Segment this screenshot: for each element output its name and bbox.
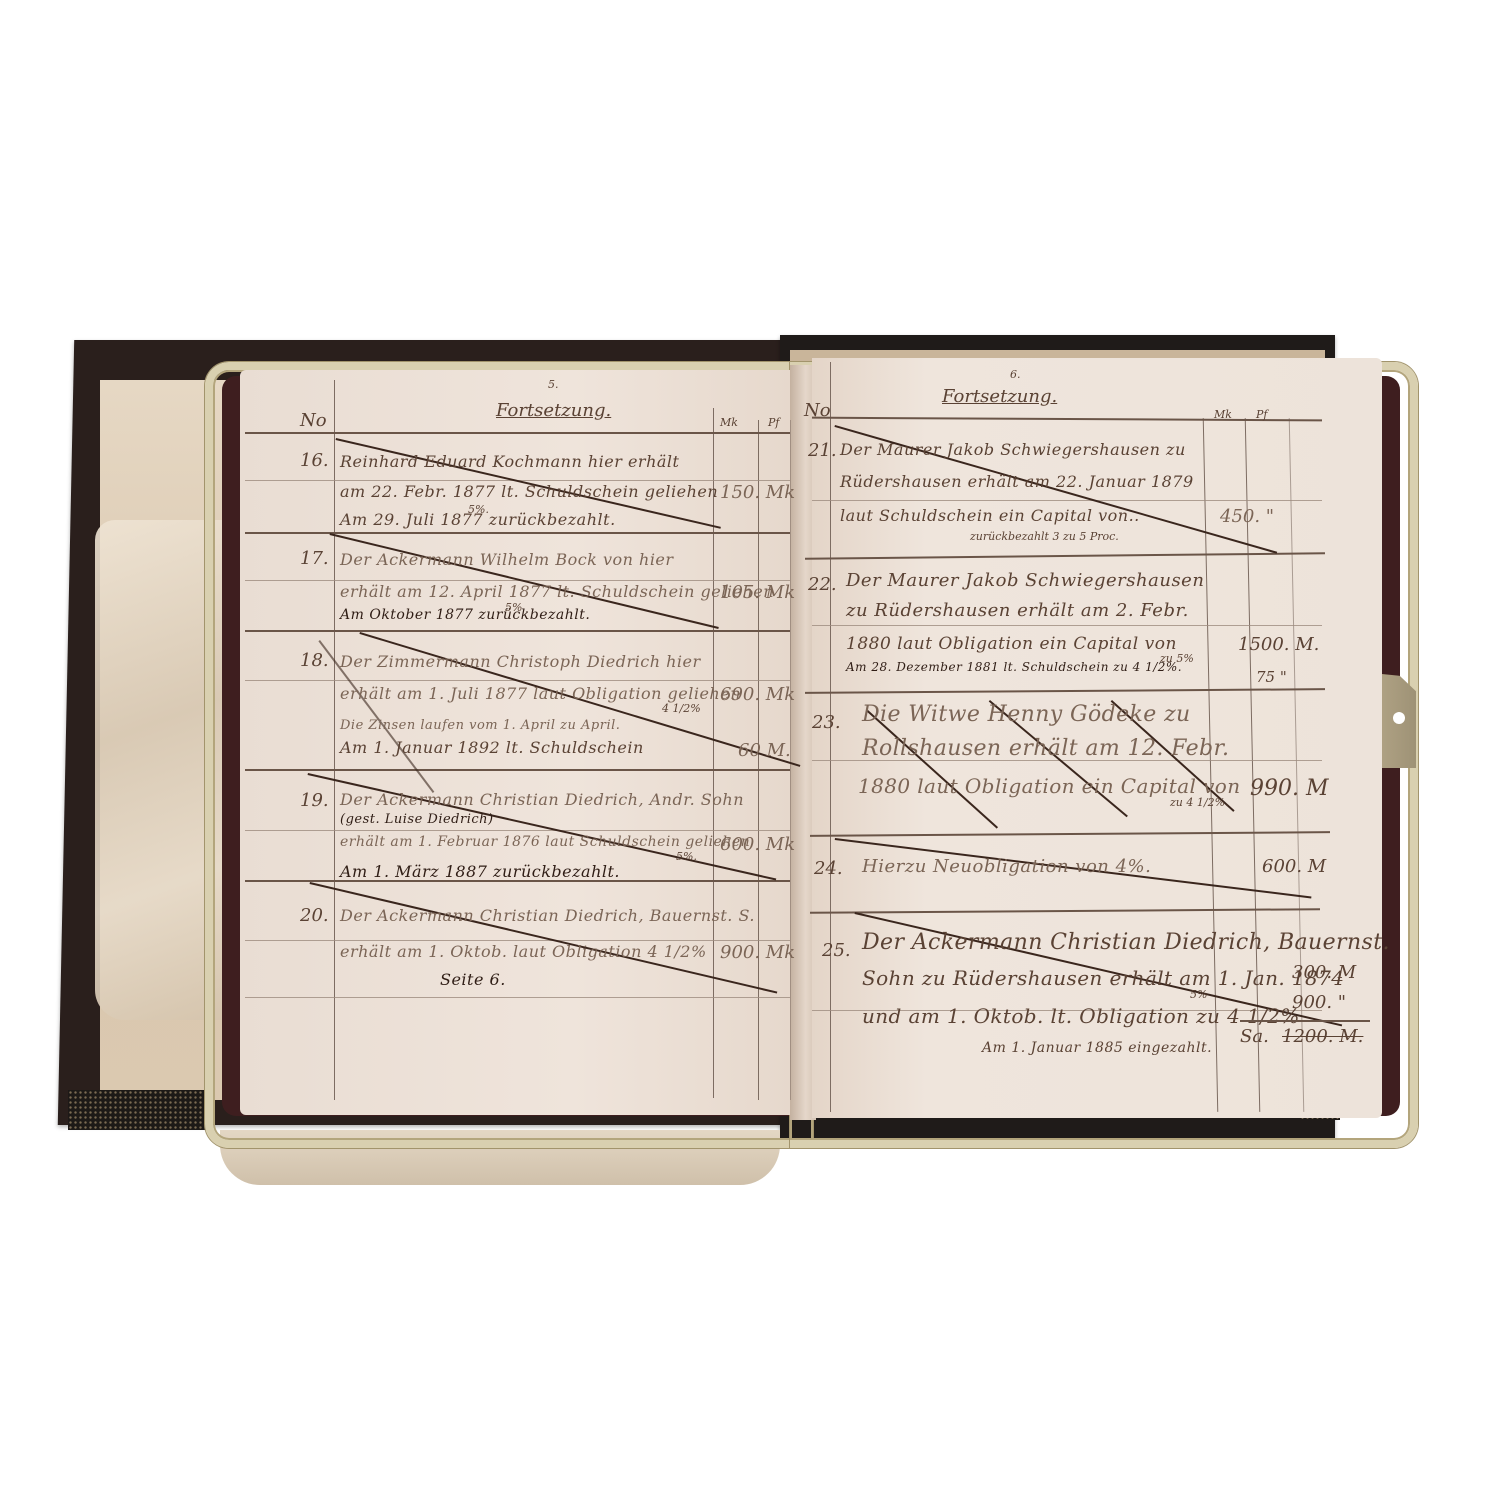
- column-header-pf: Pf: [1256, 408, 1267, 421]
- right-no-column-rule: [830, 362, 831, 1112]
- left-header-rule: [245, 432, 790, 434]
- entry-amount: 1500. M.: [1238, 634, 1319, 655]
- entry-text: und am 1. Oktob. lt. Obligation zu 4 1/2…: [862, 1004, 1300, 1028]
- left-mark-column-rule: [713, 408, 714, 1098]
- entry-note: 5%.: [468, 503, 489, 516]
- entry-amount: 450. ": [1220, 506, 1274, 527]
- column-header-pf: Pf: [768, 416, 779, 429]
- left-line: [245, 940, 790, 941]
- entry-text: 1880 laut Obligation ein Capital von: [858, 774, 1241, 798]
- entry-number: 16.: [300, 450, 329, 471]
- entry-text: erhält am 12. April 1877 lt. Schuldschei…: [340, 582, 774, 601]
- entry-text: Die Witwe Henny Gödeke zu: [862, 702, 1191, 727]
- left-cover-corner-pattern: [68, 1090, 208, 1130]
- entry-text: Am 1. März 1887 zurückbezahlt.: [340, 862, 620, 881]
- entry-text: zu Rüdershausen erhält am 2. Febr.: [846, 600, 1189, 621]
- entry-note: 5%: [1190, 988, 1207, 1001]
- entry-text: Sohn zu Rüdershausen erhält am 1. Jan. 1…: [862, 966, 1344, 990]
- entry-text: (gest. Luise Diedrich): [340, 812, 494, 827]
- column-header-no: No: [804, 400, 831, 421]
- right-line: [812, 500, 1322, 501]
- total-amount: 1200. M.: [1282, 1026, 1363, 1047]
- entry-text: Der Maurer Jakob Schwiegershausen zu: [840, 440, 1186, 459]
- entry-text: erhält am 1. Juli 1877 laut Obligation g…: [340, 684, 741, 703]
- entry-text: Am 1. Januar 1885 eingezahlt.: [982, 1040, 1212, 1056]
- page-title: Fortsetzung.: [942, 386, 1057, 407]
- entry-amount: 900. Mk: [720, 942, 795, 963]
- entry-number: 21.: [808, 440, 837, 461]
- entry-text: am 22. Febr. 1877 lt. Schuldschein gelie…: [340, 482, 718, 501]
- entry-note: 5%: [505, 601, 522, 614]
- entry-text: Der Ackermann Christian Diedrich, Andr. …: [340, 790, 744, 809]
- entry-number: 24.: [814, 858, 843, 879]
- left-row-divider: [245, 997, 790, 998]
- column-header-mark: Mk: [1214, 408, 1232, 421]
- entry-number: 23.: [812, 712, 841, 733]
- total-label: Sa.: [1240, 1026, 1269, 1047]
- entry-text: Seite 6.: [440, 970, 506, 989]
- entry-note: zu 5%: [1160, 652, 1194, 665]
- entry-amount-secondary: 900. ": [1292, 992, 1346, 1013]
- total-rule: [1240, 1020, 1370, 1022]
- entry-amount: 105. Mk: [720, 582, 795, 603]
- entry-amount: 990. M: [1250, 776, 1329, 801]
- entry-text: Der Zimmermann Christoph Diedrich hier: [340, 652, 701, 671]
- ledger-photo: 5. Fortsetzung. No Mk Pf 16. Reinhard Ed…: [0, 0, 1500, 1500]
- clasp-hole: [1393, 712, 1405, 724]
- entry-text: laut Schuldschein ein Capital von..: [840, 506, 1140, 525]
- entry-text: Am Oktober 1877 zurückbezahlt.: [340, 607, 590, 623]
- entry-text: Der Ackermann Christian Diedrich, Bauern…: [862, 930, 1390, 955]
- entry-note: zu 4 1/2%.: [1170, 796, 1229, 809]
- page-number: 5.: [548, 378, 559, 391]
- column-header-mark: Mk: [720, 416, 738, 429]
- left-row-divider: [245, 769, 790, 771]
- entry-amount: 600. Mk: [720, 834, 795, 855]
- entry-text: Reinhard Eduard Kochmann hier erhält: [340, 452, 679, 471]
- entry-number: 22.: [808, 574, 837, 595]
- entry-note: zurückbezahlt 3 zu 5 Proc.: [970, 530, 1119, 543]
- entry-text: Rollshausen erhält am 12. Febr.: [862, 736, 1229, 761]
- entry-amount: 300. M: [1292, 962, 1356, 983]
- left-no-column-rule: [334, 380, 335, 1100]
- entry-text: Rüdershausen erhält am 22. Januar 1879: [840, 472, 1194, 491]
- page-number: 6.: [1010, 368, 1021, 381]
- entry-amount-secondary: 60 M.: [738, 740, 791, 761]
- column-header-no: No: [300, 410, 327, 431]
- entry-text: erhält am 1. Februar 1876 laut Schuldsch…: [340, 834, 750, 850]
- entry-number: 19.: [300, 790, 329, 811]
- entry-text: Die Zinsen laufen vom 1. April zu April.: [340, 718, 620, 733]
- entry-text: Der Ackermann Christian Diedrich, Bauern…: [340, 906, 755, 925]
- entry-text: Der Ackermann Wilhelm Bock von hier: [340, 550, 674, 569]
- left-line: [245, 830, 790, 831]
- left-row-divider: [245, 532, 790, 534]
- entry-text: 1880 laut Obligation ein Capital von: [846, 634, 1177, 654]
- entry-number: 18.: [300, 650, 329, 671]
- entry-text: Am 28. Dezember 1881 lt. Schuldschein zu…: [846, 660, 1182, 674]
- entry-amount: 690. Mk: [720, 684, 795, 705]
- entry-amount: 150. Mk: [720, 482, 795, 503]
- entry-amount: 600. M: [1262, 856, 1326, 877]
- entry-note: 4 1/2%: [662, 702, 701, 715]
- entry-amount-secondary: 75 ": [1256, 668, 1287, 686]
- entry-text: Hierzu Neuobligation von 4%.: [862, 856, 1151, 877]
- entry-number: 25.: [822, 940, 851, 961]
- entry-number: 17.: [300, 548, 329, 569]
- entry-text: Der Maurer Jakob Schwiegershausen: [846, 570, 1204, 591]
- right-line: [812, 625, 1322, 626]
- entry-note: 5%.: [676, 850, 697, 863]
- left-row-divider: [245, 630, 790, 632]
- entry-number: 20.: [300, 905, 329, 926]
- entry-text: Am 1. Januar 1892 lt. Schuldschein: [340, 738, 644, 757]
- entry-text: erhält am 1. Oktob. laut Obligation 4 1/…: [340, 942, 707, 961]
- page-title: Fortsetzung.: [496, 400, 611, 421]
